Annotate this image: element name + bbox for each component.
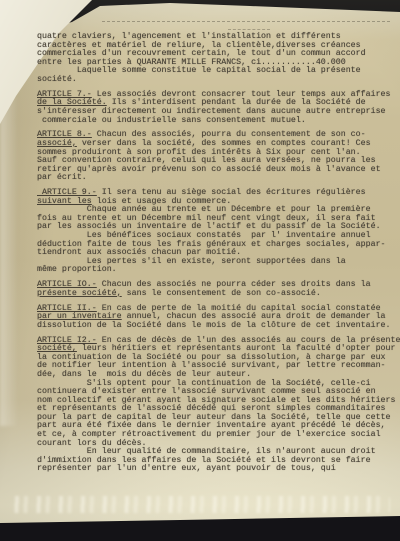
paragraph-article-7: ARTICLE 7.- Les associés devront consacr… bbox=[37, 91, 397, 125]
typed-line: présente société, sans le consentement d… bbox=[37, 290, 397, 299]
paragraph-article-8: ARTICLE 8.- Chacun des associés, pourra … bbox=[37, 131, 397, 183]
text-run: sans le consentement de son co-associé. bbox=[122, 289, 321, 298]
underlined-run: présente société, bbox=[37, 289, 122, 298]
text-run: Laquelle somme constitue le capital soci… bbox=[37, 66, 361, 75]
text-run: commerciale ou industrielle sans consent… bbox=[37, 116, 306, 125]
typed-line: commerciale ou industrielle sans consent… bbox=[37, 117, 397, 126]
text-run: représenter par l'un d'entre eux, ayant … bbox=[37, 464, 336, 473]
typed-line: Laquelle somme constitue le capital soci… bbox=[37, 67, 397, 76]
page-stack-edge bbox=[0, 96, 18, 426]
typed-line: par écrit. bbox=[37, 174, 397, 183]
scanned-page-photo: quatre claviers, l'agencement et l'insta… bbox=[0, 0, 400, 541]
text-run: société. bbox=[37, 75, 77, 84]
ghost-show-through-text bbox=[12, 496, 390, 513]
paragraph-article-11: ARTICLE II.- En cas de perte de la moiti… bbox=[37, 305, 397, 331]
typed-line: représenter par l'un d'entre eux, ayant … bbox=[37, 465, 397, 474]
text-run: même proportion. bbox=[37, 265, 117, 274]
faded-dotted-rule-short bbox=[228, 29, 270, 30]
text-run: dissolution de la Société dans le mois d… bbox=[37, 321, 391, 330]
typed-line: même proportion. bbox=[37, 266, 397, 275]
typewritten-text-block: quatre claviers, l'agencement et l'insta… bbox=[37, 33, 397, 480]
text-run: retirer qu'après avoir prévenu son co as… bbox=[37, 165, 381, 174]
paragraph-capital: quatre claviers, l'agencement et l'insta… bbox=[37, 33, 397, 85]
text-run: par écrit. bbox=[37, 173, 87, 182]
paragraph-article-9: ARTICLE 9.- Il sera tenu au siège social… bbox=[37, 189, 397, 275]
paragraph-article-10: ARTICLE IO.- Chacun des associés ne pour… bbox=[37, 281, 397, 298]
typed-line: retirer qu'après avoir prévenu son co as… bbox=[37, 166, 397, 175]
typed-line: société. bbox=[37, 76, 397, 85]
paragraph-article-12: ARTICLE I2.- En cas de décès de l'un des… bbox=[37, 337, 397, 475]
faded-dotted-rule bbox=[102, 21, 390, 22]
typed-line: dissolution de la Société dans le mois d… bbox=[37, 322, 397, 331]
